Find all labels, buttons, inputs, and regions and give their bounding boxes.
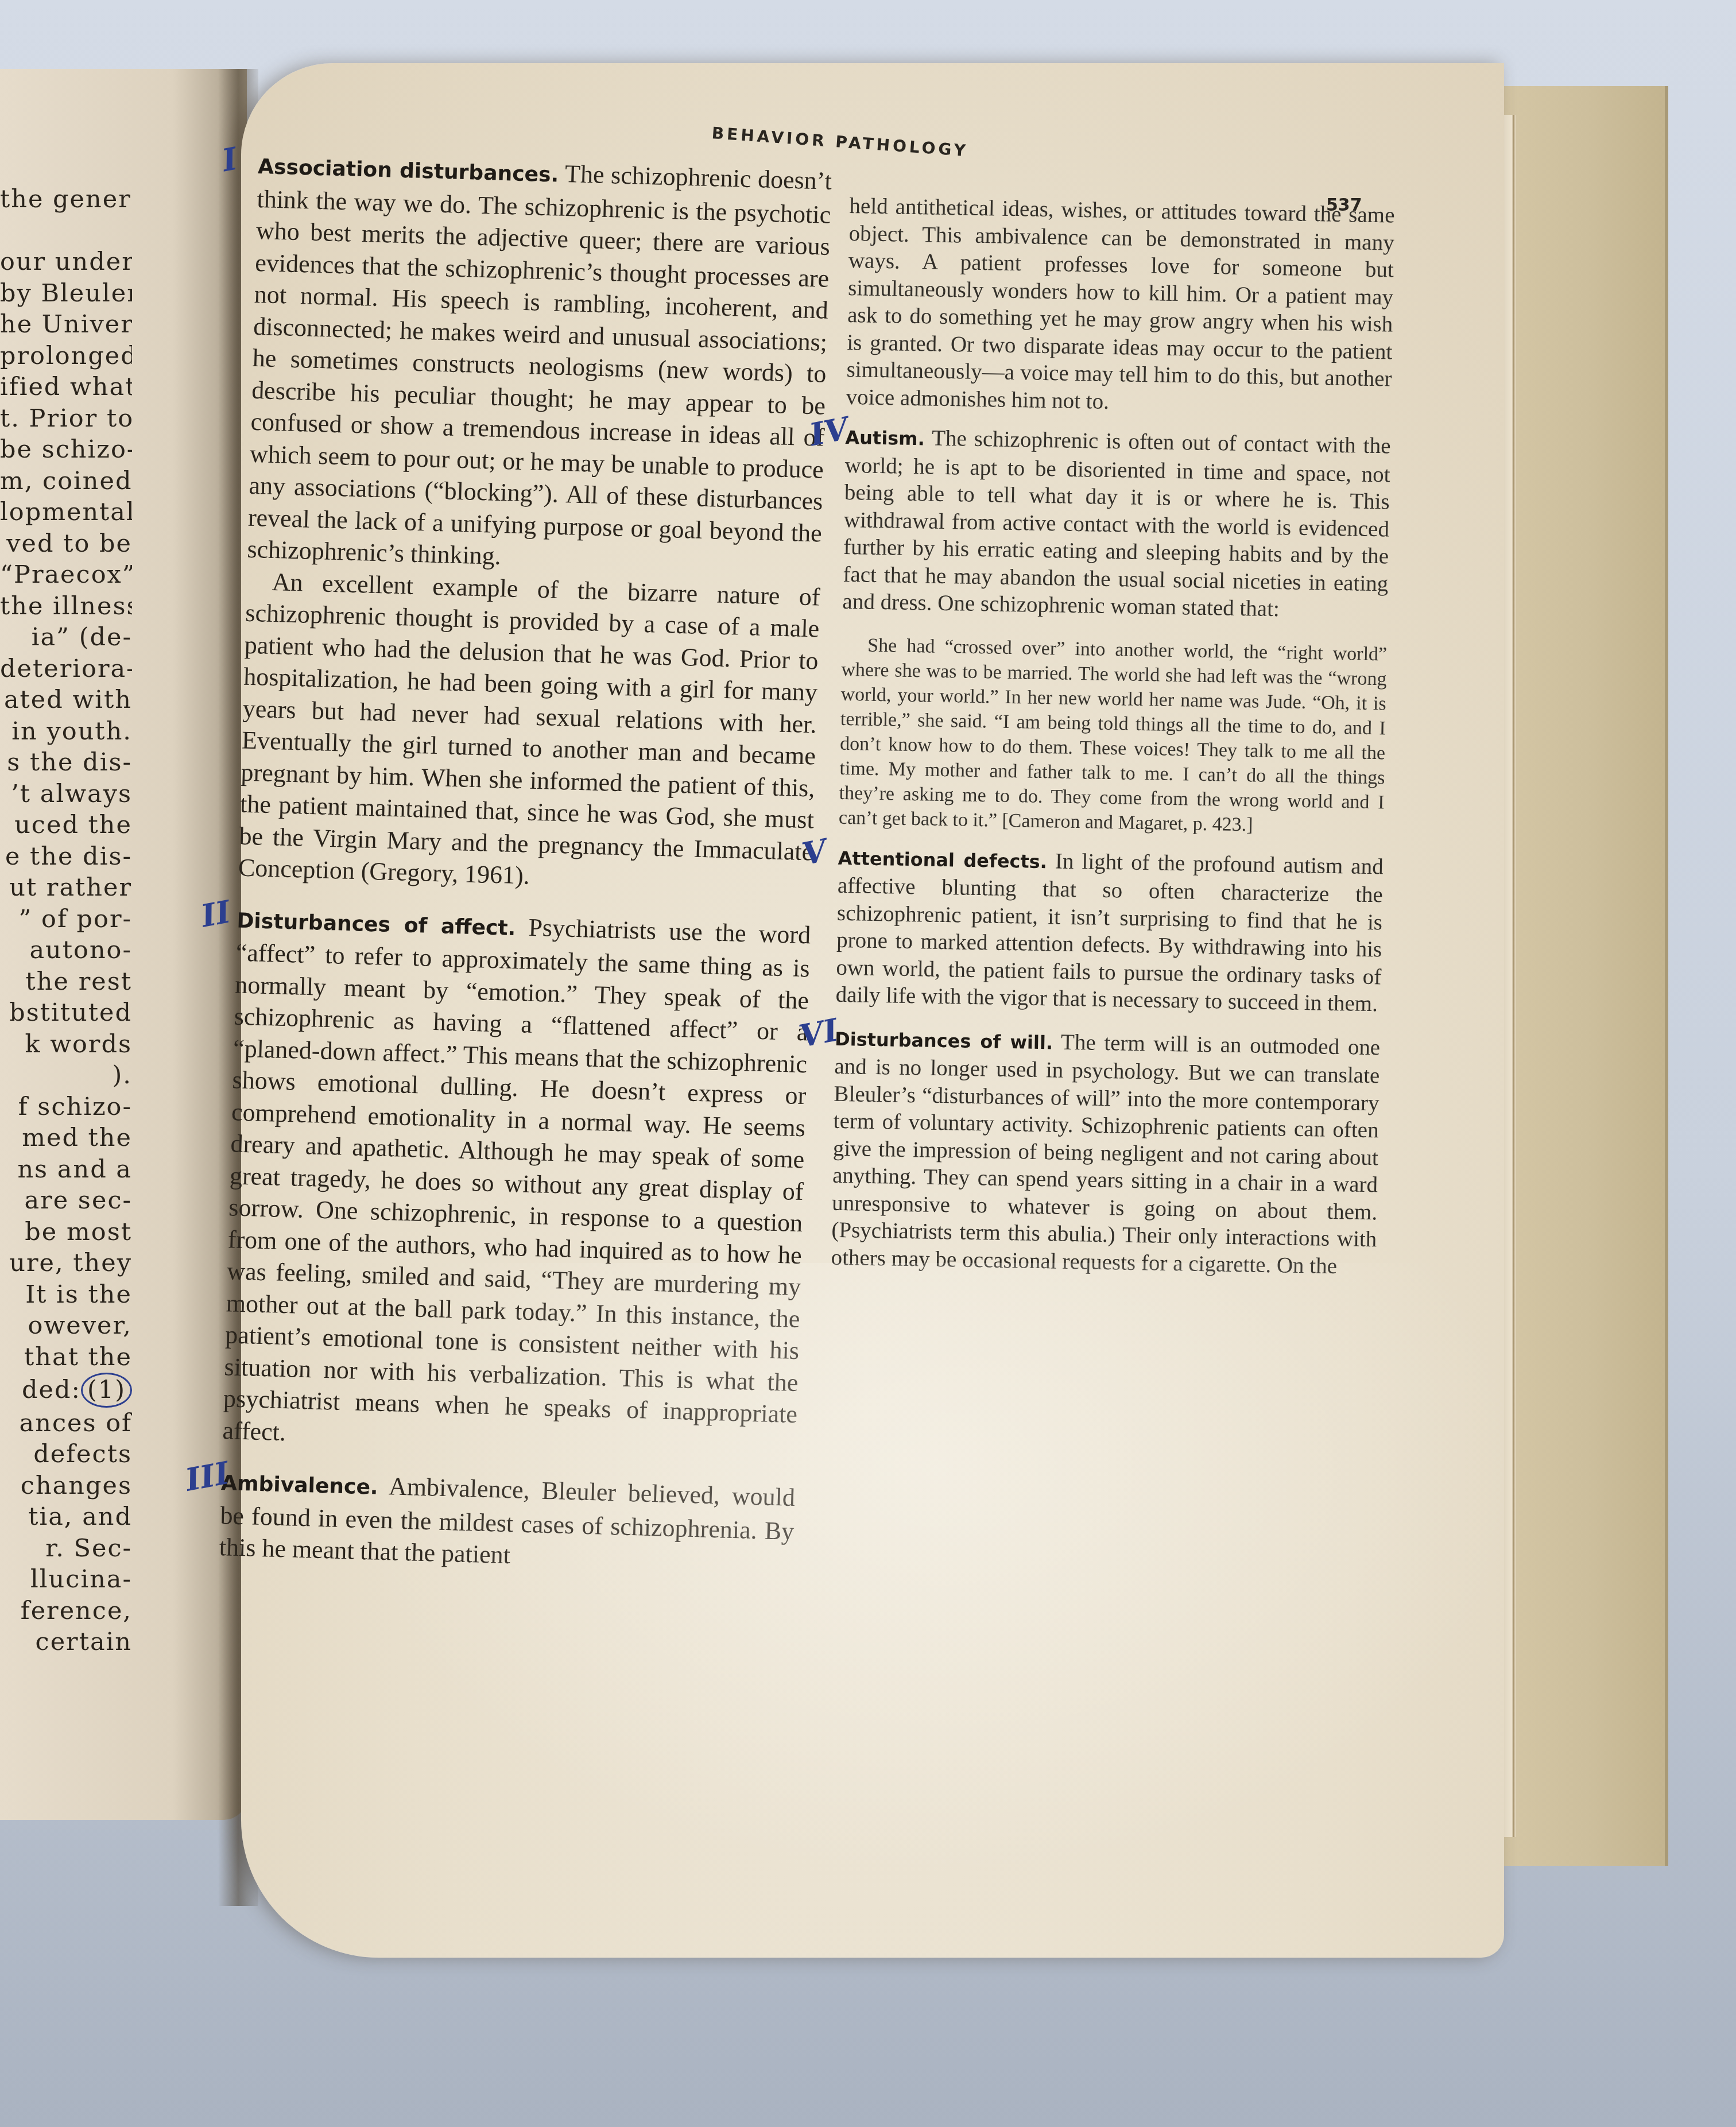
text-line: f schizo- bbox=[0, 1091, 132, 1123]
section-heading: Association disturbances. bbox=[258, 154, 559, 187]
text-line: certain bbox=[0, 1626, 132, 1658]
text-line: ia” (de- bbox=[0, 622, 132, 653]
left-page: the general our under- by Bleuler he Uni… bbox=[0, 69, 247, 1820]
text-line: the illness bbox=[0, 591, 132, 622]
section-body: The schizophrenic is often out of contac… bbox=[842, 426, 1391, 622]
text-line: are sec- bbox=[0, 1185, 132, 1216]
text-line: ’t always bbox=[0, 778, 132, 810]
right-page: BEHAVIOR PATHOLOGY 537 I Association dis… bbox=[241, 63, 1504, 1958]
text-line: owever, bbox=[0, 1310, 132, 1342]
text-line: deteriora- bbox=[0, 653, 132, 685]
section-heading: Ambivalence. bbox=[221, 1471, 379, 1500]
pen-roman-numeral-mark: V bbox=[800, 836, 829, 868]
text-line: by Bleuler bbox=[0, 278, 132, 309]
section-association: I Association disturbances. The schizoph… bbox=[247, 149, 832, 581]
text-line: lopmental bbox=[0, 497, 132, 528]
text-line: ated with bbox=[0, 684, 132, 716]
text-line: ure, they bbox=[0, 1247, 132, 1279]
text-line: be schizo- bbox=[0, 434, 132, 466]
text-line: “Praecox” bbox=[0, 559, 132, 591]
right-column: held antithetical ideas, wishes, or atti… bbox=[831, 192, 1395, 1280]
section-heading: Disturbances of will. bbox=[835, 1028, 1053, 1053]
text-line: It is the bbox=[0, 1279, 132, 1311]
block-quote: She had “crossed over” into another worl… bbox=[839, 632, 1388, 839]
text-line: tia, and bbox=[0, 1501, 132, 1533]
text-line: ns and a bbox=[0, 1154, 132, 1185]
quote-text: She had “crossed over” into another worl… bbox=[839, 632, 1388, 839]
text-line: bstituted bbox=[0, 997, 132, 1029]
pen-roman-numeral-mark: II bbox=[199, 896, 233, 932]
text-line: r. Sec- bbox=[0, 1533, 132, 1564]
text-line: t. Prior to bbox=[0, 403, 132, 435]
running-head: BEHAVIOR PATHOLOGY bbox=[711, 123, 969, 160]
section-affect: II Disturbances of affect. Psychiatrists… bbox=[222, 903, 811, 1462]
text-line: ances of bbox=[0, 1408, 132, 1439]
text-line: ved to be bbox=[0, 528, 132, 560]
section-heading: Autism. bbox=[845, 427, 925, 450]
section-body: The term will is an outmoded one and is … bbox=[831, 1029, 1380, 1278]
text-line: ). bbox=[0, 1060, 132, 1091]
text-line: k words bbox=[0, 1029, 132, 1060]
section-body: Psychiatrists use the word “affect” to r… bbox=[222, 913, 811, 1446]
text-line bbox=[0, 215, 132, 247]
section-heading: Disturbances of affect. bbox=[237, 908, 516, 940]
continuation-paragraph: held antithetical ideas, wishes, or atti… bbox=[846, 192, 1394, 420]
text-line: prolonged bbox=[0, 340, 132, 372]
section-will: VI Disturbances of will. The term will i… bbox=[831, 1024, 1380, 1280]
text-line: changes bbox=[0, 1470, 132, 1502]
text-line: in youth. bbox=[0, 716, 132, 747]
text-line: he Univer- bbox=[0, 309, 132, 340]
text-line: e the dis- bbox=[0, 841, 132, 873]
section-heading: Attentional defects. bbox=[838, 847, 1047, 872]
left-page-text: the general our under- by Bleuler he Uni… bbox=[0, 184, 132, 1658]
text-line: be most bbox=[0, 1216, 132, 1248]
text-line: the rest bbox=[0, 966, 132, 998]
pen-roman-numeral-mark: IV bbox=[808, 414, 851, 448]
text-line: that the bbox=[0, 1342, 132, 1373]
text-line: ded:(1) bbox=[0, 1373, 132, 1408]
text-line: ference, bbox=[0, 1595, 132, 1627]
section-autism: IV Autism. The schizophrenic is often ou… bbox=[842, 423, 1391, 625]
left-column: I Association disturbances. The schizoph… bbox=[219, 149, 832, 1579]
section-body: The schizophrenic doesn’t think the way … bbox=[247, 160, 832, 570]
text-line: ” of por- bbox=[0, 904, 132, 935]
text-line: med the bbox=[0, 1122, 132, 1154]
text-line: our under- bbox=[0, 246, 132, 278]
text-line: m, coined bbox=[0, 466, 132, 497]
section-attention: V Attentional defects. In light of the p… bbox=[835, 843, 1384, 1018]
text-line: llucina- bbox=[0, 1564, 132, 1595]
text-line: ut rather bbox=[0, 872, 132, 904]
section-ambivalence: III Ambivalence. Ambivalence, Bleuler be… bbox=[219, 1466, 795, 1579]
text-line: the general bbox=[0, 184, 132, 215]
text-line: s the dis- bbox=[0, 747, 132, 778]
section-body: In light of the profound autism and affe… bbox=[835, 849, 1384, 1016]
pen-roman-numeral-mark: VI bbox=[797, 1016, 840, 1050]
text-line: defects bbox=[0, 1439, 132, 1470]
text-line: autono- bbox=[0, 935, 132, 966]
circled-annotation: (1) bbox=[81, 1373, 132, 1408]
pen-roman-numeral-mark: III bbox=[183, 1457, 232, 1496]
text-line: uced the bbox=[0, 809, 132, 841]
example-paragraph: An excellent example of the bizarre natu… bbox=[238, 565, 820, 900]
text-line: ified what bbox=[0, 371, 132, 403]
